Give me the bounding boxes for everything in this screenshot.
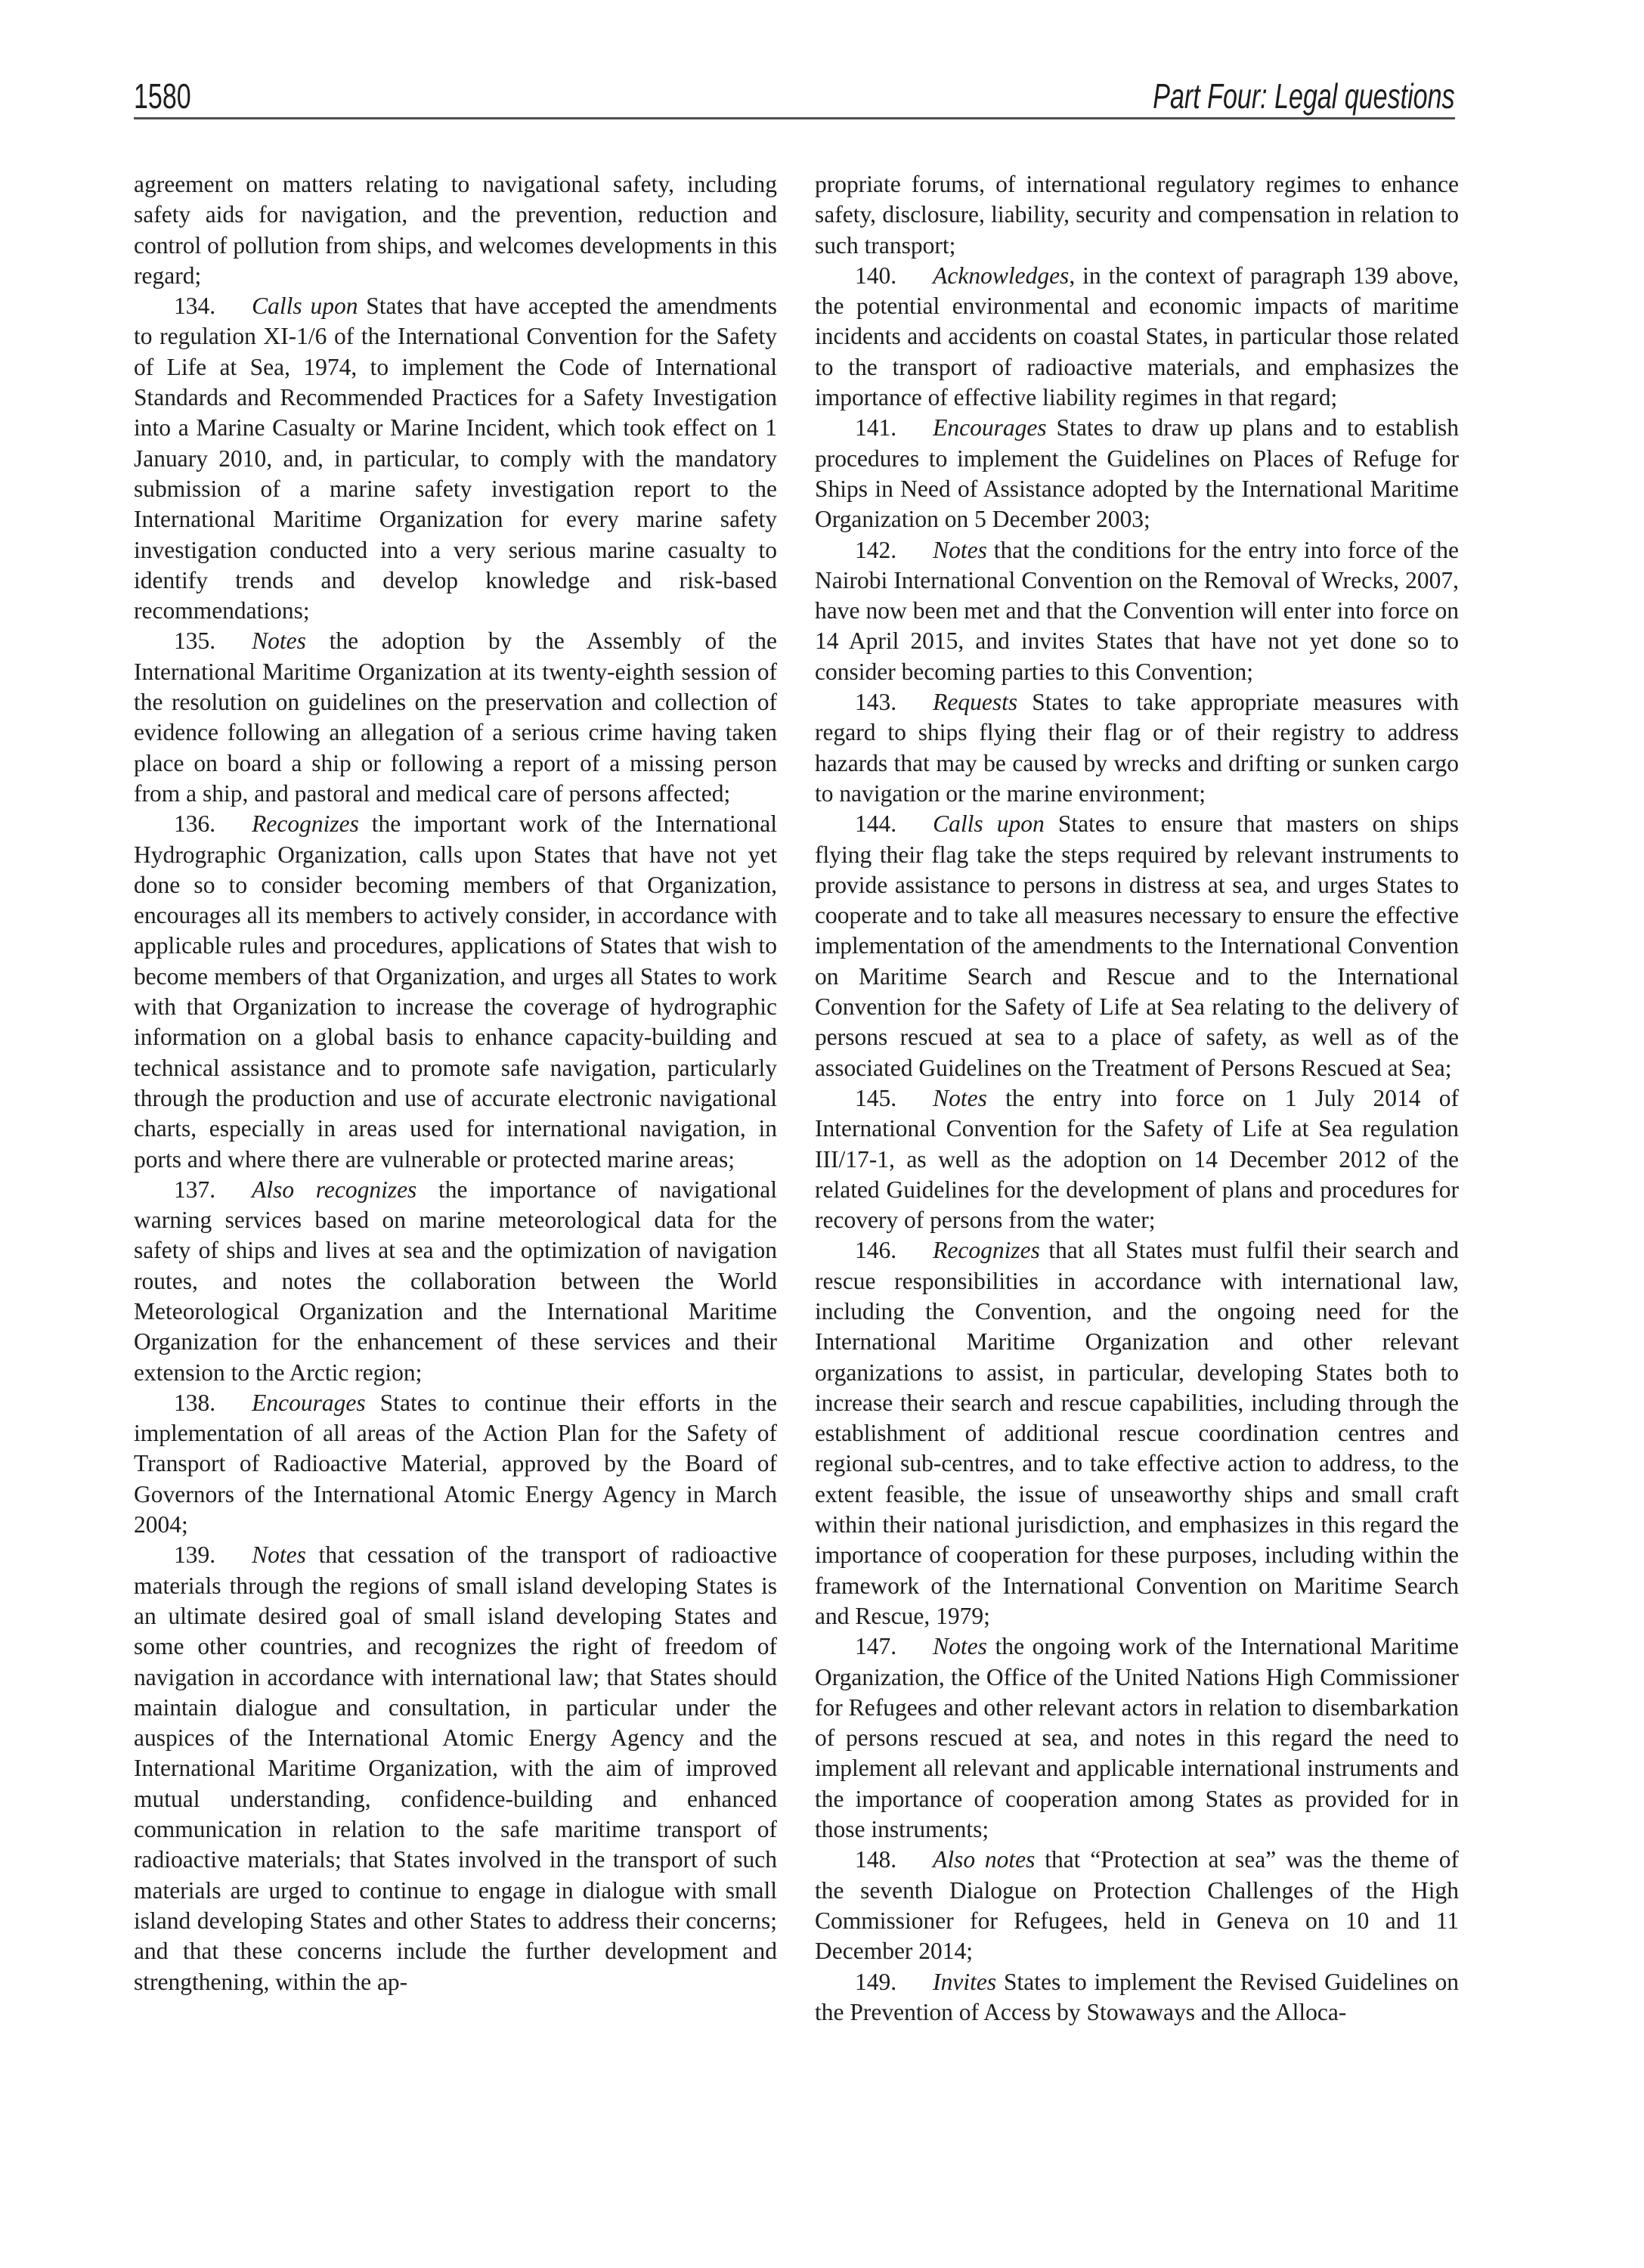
page-number: 1580 [134,79,191,113]
paragraph-lead: Also notes [933,1846,1035,1873]
paragraph-text: States to ensure that masters on ships f… [815,810,1459,1080]
page-header: 1580 Part Four: Legal questions [134,79,1455,113]
paragraph: 140.Acknowledges, in the context of para… [815,261,1459,413]
paragraph: 148.Also notes that “Protection at sea” … [815,1845,1459,1966]
text-column-left: agreement on matters relating to navigat… [134,169,777,1997]
paragraph-text: that cessation of the transport of radio… [134,1541,777,1994]
paragraph: 144.Calls upon States to ensure that mas… [815,809,1459,1083]
paragraph-number: 148. [855,1846,896,1873]
paragraph-text: the entry into force on 1 July 2014 of I… [815,1085,1459,1233]
paragraph: 145.Notes the entry into force on 1 July… [815,1083,1459,1235]
paragraph-lead: Acknowledges [933,262,1069,289]
paragraph: 146.Recognizes that all States must fulf… [815,1235,1459,1631]
paragraph-lead: Recognizes [252,810,359,837]
paragraph-text: that the conditions for the entry into f… [815,537,1459,685]
paragraph-lead: Encourages [252,1390,365,1416]
paragraph-text: propriate forums, of international regul… [815,171,1459,259]
paragraph: 134.Calls upon States that have accepted… [134,291,777,626]
paragraph-text: States to implement the Revised Guidelin… [815,1969,1459,2025]
paragraph-number: 147. [855,1633,896,1659]
paragraph-number: 141. [855,414,896,441]
paragraph-number: 144. [855,810,896,837]
document-page: { "header": { "page_number": "1580", "ru… [0,0,1644,2268]
paragraph: 137.Also recognizes the importance of na… [134,1175,777,1388]
paragraph-number: 138. [174,1390,215,1416]
paragraph-lead: Notes [252,1541,306,1568]
paragraph-text: States that have accepted the amendments… [134,293,777,624]
paragraph-number: 139. [174,1541,215,1568]
paragraph-text: States to take appropriate measures with… [815,689,1459,807]
paragraph-text: States to continue their efforts in the … [134,1390,777,1538]
paragraph-lead: Calls upon [252,293,358,319]
paragraph: 147.Notes the ongoing work of the Intern… [815,1631,1459,1845]
paragraph: 143.Requests States to take appropriate … [815,687,1459,809]
text-column-right: propriate forums, of international regul… [815,169,1459,2028]
paragraph-lead: Requests [933,689,1017,715]
paragraph-text: that “Protection at sea” was the theme o… [815,1846,1459,1964]
paragraph-number: 145. [855,1085,896,1111]
paragraph-lead: Notes [252,627,306,654]
paragraph: propriate forums, of international regul… [815,169,1459,261]
paragraph: 138.Encourages States to continue their … [134,1388,777,1540]
running-head: Part Four: Legal questions [1153,79,1455,113]
paragraph-text: agreement on matters relating to navigat… [134,171,777,289]
paragraph-number: 146. [855,1237,896,1263]
paragraph-lead: Notes [933,1633,987,1659]
paragraph-lead: Notes [933,537,987,563]
paragraph: 139.Notes that cessation of the transpor… [134,1540,777,1997]
paragraph-lead: Notes [933,1085,987,1111]
paragraph-lead: Also recognizes [252,1176,416,1203]
paragraph-text: that all States must fulfil their search… [815,1237,1459,1629]
paragraph-number: 134. [174,293,215,319]
paragraph-lead: Recognizes [933,1237,1040,1263]
paragraph-text: the importance of navigational warning s… [134,1176,777,1386]
paragraph: 149.Invites States to implement the Revi… [815,1967,1459,2028]
paragraph-text: , in the context of paragraph 139 above,… [815,262,1459,411]
paragraph: 135.Notes the adoption by the Assembly o… [134,626,777,809]
paragraph-text: the ongoing work of the International Ma… [815,1633,1459,1842]
paragraph-number: 143. [855,689,896,715]
paragraph-lead: Calls upon [933,810,1045,837]
paragraph-text: States to draw up plans and to establish… [815,414,1459,532]
paragraph-lead: Encourages [933,414,1046,441]
header-rule [134,117,1455,119]
paragraph-number: 142. [855,537,896,563]
paragraph-number: 149. [855,1969,896,1995]
paragraph-text: the important work of the International … [134,810,777,1172]
paragraph-number: 140. [855,262,896,289]
paragraph: 142.Notes that the conditions for the en… [815,535,1459,687]
paragraph-number: 136. [174,810,215,837]
paragraph-lead: Invites [933,1969,996,1995]
paragraph-text: the adoption by the Assembly of the Inte… [134,627,777,806]
paragraph: agreement on matters relating to navigat… [134,169,777,291]
paragraph: 136.Recognizes the important work of the… [134,809,777,1175]
paragraph-number: 137. [174,1176,215,1203]
paragraph: 141.Encourages States to draw up plans a… [815,413,1459,534]
paragraph-number: 135. [174,627,215,654]
